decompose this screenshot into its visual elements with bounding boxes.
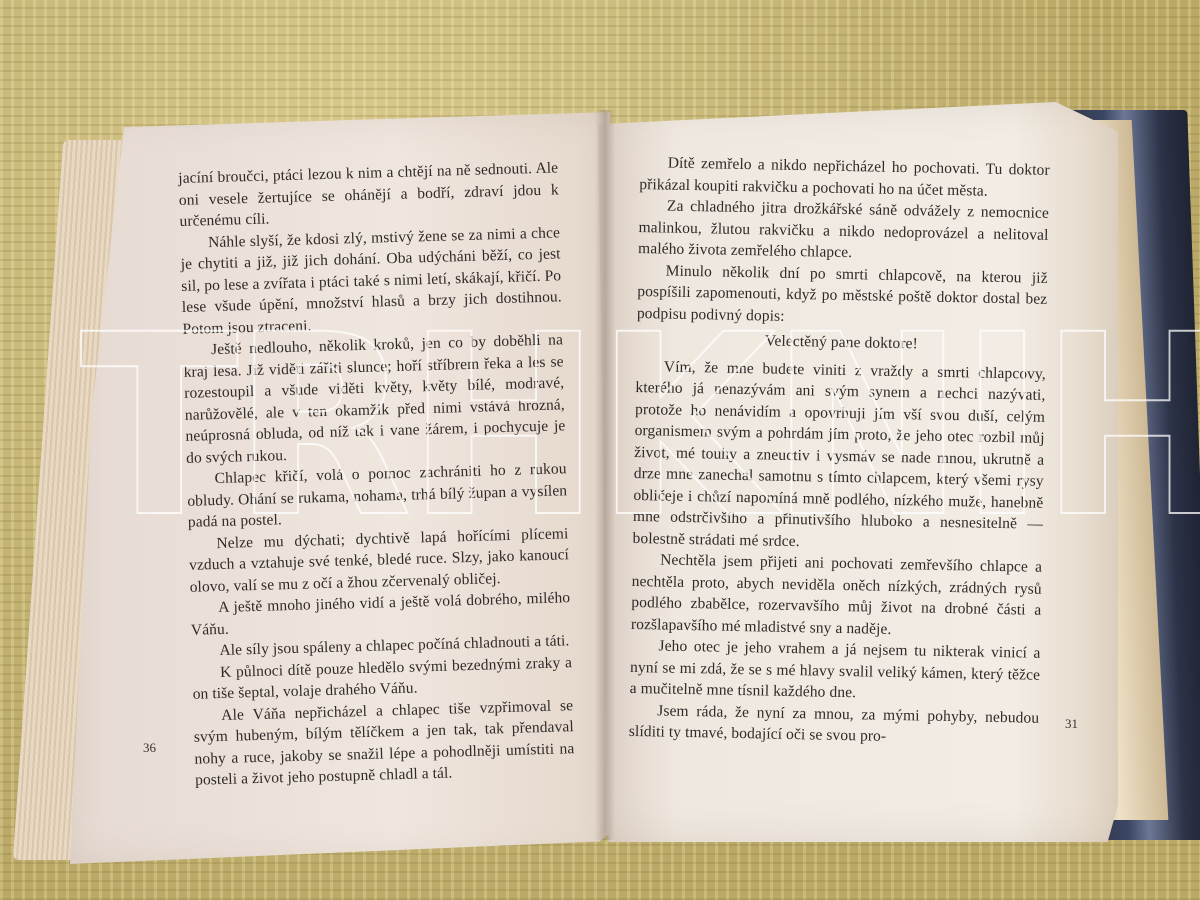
open-book: jacíní broučci, ptáci lezou k nim a chtě…	[0, 0, 1200, 900]
paragraph: Vím, že mne budete viniti z vraždy a smr…	[632, 355, 1046, 556]
paragraph: jacíní broučci, ptáci lezou k nim a chtě…	[178, 157, 560, 232]
paragraph: Chlapec křičí, volá o pomoc zachrániti h…	[186, 458, 568, 533]
page-number-left: 36	[143, 740, 156, 756]
paragraph: Za chladného jitra drožkářské sáně odváž…	[638, 195, 1049, 267]
paragraph: Nelze mu dýchati; dychtivě lapá hořícími…	[188, 523, 570, 598]
paragraph: Jsem ráda, že nyní za mnou, za mými pohy…	[629, 699, 1040, 750]
paragraph: Náhle slyší, že kdosi zlý, mstivý žene s…	[180, 222, 563, 340]
paragraph: Minulo několik dní po smrti chlapcově, n…	[637, 259, 1048, 331]
letter-salutation: Velectěný pane doktore!	[636, 328, 1046, 357]
paragraph: Ještě nedlouho, několik kroků, jen co by…	[183, 329, 566, 469]
paragraph: Jeho otec je jeho vrahem a já nejsem tu …	[629, 635, 1040, 707]
page-number-right: 31	[1065, 716, 1078, 732]
paragraph: Ale Váňa nepřicházel a chlapec tiše vzpř…	[193, 695, 575, 792]
book-gutter	[595, 110, 615, 840]
paragraph: Nechtěla jsem přijeti ani pochovati zemř…	[631, 549, 1043, 643]
left-page-text: jacíní broučci, ptáci lezou k nim a chtě…	[178, 157, 575, 791]
right-page-text: Dítě zemřelo a nikdo nepřicházel ho poch…	[629, 152, 1050, 750]
